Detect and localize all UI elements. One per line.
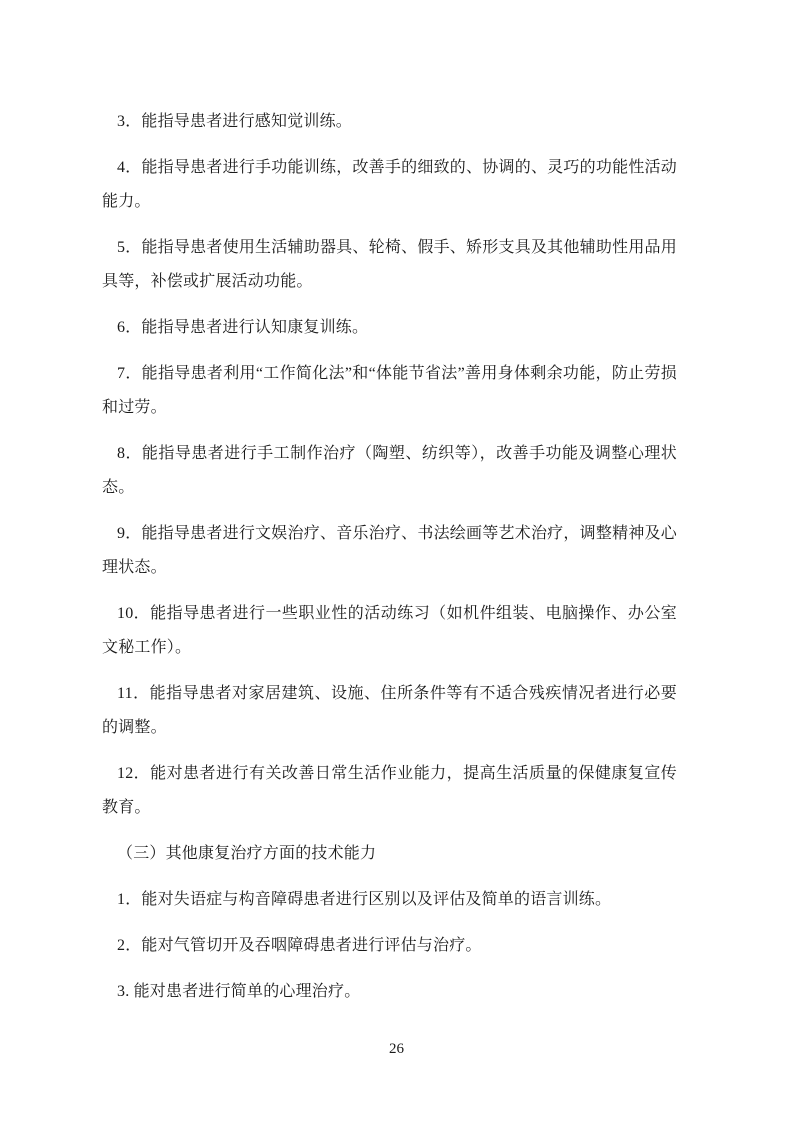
list-item: 3．能指导患者进行感知觉训练。 <box>102 105 677 139</box>
text-line: 能力。 <box>102 185 677 219</box>
text-line: 6．能指导患者进行认知康复训练。 <box>102 311 677 345</box>
text-line: 态。 <box>102 471 677 505</box>
text-line: 5．能指导患者使用生活辅助器具、轮椅、假手、矫形支具及其他辅助性用品用 <box>102 231 677 265</box>
text-line: 4．能指导患者进行手功能训练，改善手的细致的、协调的、灵巧的功能性活动 <box>102 151 677 185</box>
document-page: 3．能指导患者进行感知觉训练。 4．能指导患者进行手功能训练，改善手的细致的、协… <box>0 0 793 1122</box>
text-line: 7．能指导患者利用“工作简化法”和“体能节省法”善用身体剩余功能，防止劳损 <box>102 357 677 391</box>
text-line: 2．能对气管切开及吞咽障碍患者进行评估与治疗。 <box>102 929 677 963</box>
list-item: 1．能对失语症与构音障碍患者进行区别以及评估及简单的语言训练。 <box>102 883 677 917</box>
text-line: 和过劳。 <box>102 391 677 425</box>
list-item: 11．能指导患者对家居建筑、设施、住所条件等有不适合残疾情况者进行必要 的调整。 <box>102 677 677 745</box>
list-item: 6．能指导患者进行认知康复训练。 <box>102 311 677 345</box>
list-item: 4．能指导患者进行手功能训练，改善手的细致的、协调的、灵巧的功能性活动 能力。 <box>102 151 677 219</box>
text-line: 12．能对患者进行有关改善日常生活作业能力，提高生活质量的保健康复宣传 <box>102 757 677 791</box>
list-item: 7．能指导患者利用“工作简化法”和“体能节省法”善用身体剩余功能，防止劳损 和过… <box>102 357 677 425</box>
list-item: 2．能对气管切开及吞咽障碍患者进行评估与治疗。 <box>102 929 677 963</box>
text-line: 10．能指导患者进行一些职业性的活动练习（如机件组装、电脑操作、办公室 <box>102 597 677 631</box>
list-item: 5．能指导患者使用生活辅助器具、轮椅、假手、矫形支具及其他辅助性用品用 具等，补… <box>102 231 677 299</box>
text-line: 教育。 <box>102 791 677 825</box>
text-line: 的调整。 <box>102 711 677 745</box>
text-line: 1．能对失语症与构音障碍患者进行区别以及评估及简单的语言训练。 <box>102 883 677 917</box>
text-line: 理状态。 <box>102 551 677 585</box>
text-line: （三）其他康复治疗方面的技术能力 <box>102 837 677 871</box>
list-item: 9．能指导患者进行文娱治疗、音乐治疗、书法绘画等艺术治疗，调整精神及心 理状态。 <box>102 517 677 585</box>
text-line: 11．能指导患者对家居建筑、设施、住所条件等有不适合残疾情况者进行必要 <box>102 677 677 711</box>
list-item: 12．能对患者进行有关改善日常生活作业能力，提高生活质量的保健康复宣传 教育。 <box>102 757 677 825</box>
text-line: 文秘工作）。 <box>102 631 677 665</box>
page-number: 26 <box>0 1038 793 1060</box>
list-item: 8．能指导患者进行手工制作治疗（陶塑、纺织等），改善手功能及调整心理状 态。 <box>102 437 677 505</box>
text-line: 具等，补偿或扩展活动功能。 <box>102 265 677 299</box>
text-line: 3. 能对患者进行简单的心理治疗。 <box>102 975 677 1009</box>
list-item: 10．能指导患者进行一些职业性的活动练习（如机件组装、电脑操作、办公室 文秘工作… <box>102 597 677 665</box>
text-line: 3．能指导患者进行感知觉训练。 <box>102 105 677 139</box>
list-item: 3. 能对患者进行简单的心理治疗。 <box>102 975 677 1009</box>
text-line: 9．能指导患者进行文娱治疗、音乐治疗、书法绘画等艺术治疗，调整精神及心 <box>102 517 677 551</box>
page-content: 3．能指导患者进行感知觉训练。 4．能指导患者进行手功能训练，改善手的细致的、协… <box>102 105 677 1021</box>
text-line: 8．能指导患者进行手工制作治疗（陶塑、纺织等），改善手功能及调整心理状 <box>102 437 677 471</box>
section-heading: （三）其他康复治疗方面的技术能力 <box>102 837 677 871</box>
